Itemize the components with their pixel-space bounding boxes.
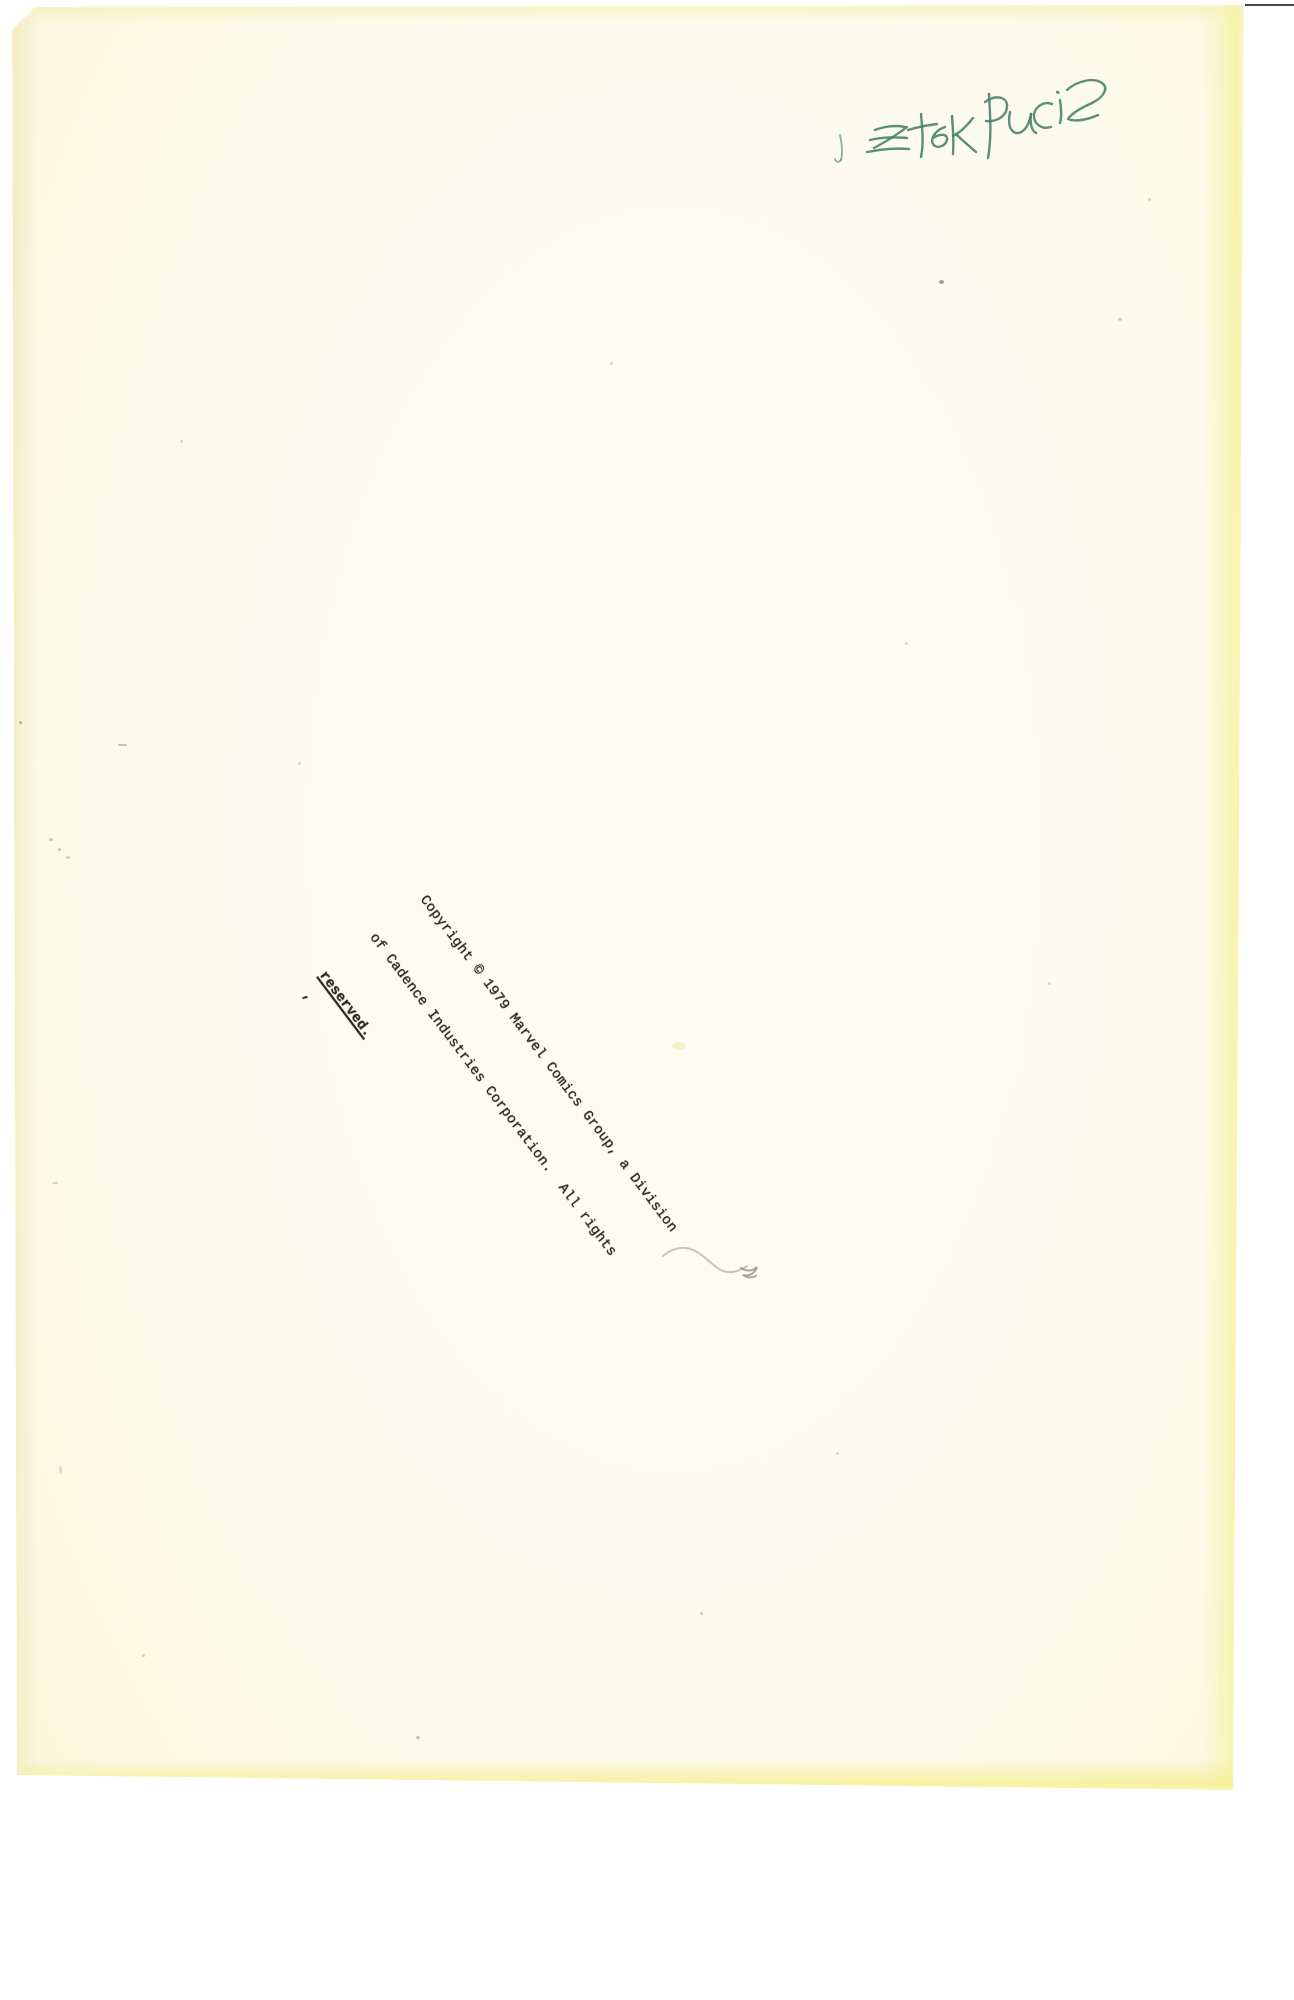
paper-speck — [610, 362, 613, 365]
paper-speck — [672, 1042, 686, 1050]
paper-speck — [180, 440, 183, 443]
scanned-photo-back: Copyright © 1979 Marvel Comics Group, a … — [0, 0, 1294, 2000]
paper-speck — [1048, 982, 1051, 985]
paper-speck — [905, 642, 908, 645]
paper-edge-glow-top — [18, 4, 1242, 22]
paper-speck — [298, 762, 301, 765]
handwritten-annotation — [815, 50, 1115, 180]
paper-speck — [49, 838, 53, 841]
paper-edge-glow-left — [11, 18, 37, 1775]
paper-speck — [66, 856, 70, 859]
paper-speck — [836, 1452, 839, 1455]
paper-speck — [1148, 198, 1151, 201]
paper-edge-glow-bottom — [22, 1760, 1232, 1790]
paper-speck — [19, 721, 22, 724]
paper-speck — [118, 744, 127, 746]
paper-edge-glow-right — [1204, 8, 1242, 1790]
copyright-stamp: Copyright © 1979 Marvel Comics Group, a … — [263, 866, 716, 1351]
paper-speck — [416, 1736, 420, 1739]
scanner-edge-artifact — [1245, 4, 1294, 6]
paper-speck — [1118, 318, 1122, 321]
paper-speck — [939, 280, 944, 284]
pencil-squiggle — [655, 1238, 770, 1293]
stray-typewriter-mark: , — [297, 987, 319, 1007]
handwriting-strokes — [835, 80, 1105, 162]
paper-speck — [700, 1612, 703, 1615]
photo-back-paper: Copyright © 1979 Marvel Comics Group, a … — [0, 0, 1294, 2000]
paper-speck — [58, 848, 61, 851]
paper-speck — [142, 1654, 145, 1657]
paper-speck — [59, 1466, 62, 1474]
paper-speck — [52, 1182, 58, 1184]
